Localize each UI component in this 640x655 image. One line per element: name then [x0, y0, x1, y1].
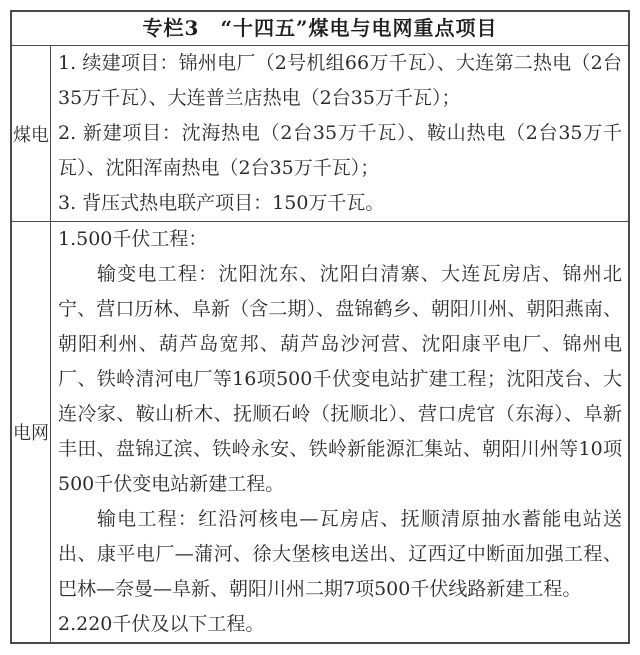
table-row-coal-power: 煤电 1. 续建项目：锦州电厂（2号机组66万千瓦）、大连第二热电（2台35万千…: [12, 46, 628, 221]
coal-power-cell: 1. 续建项目：锦州电厂（2号机组66万千瓦）、大连第二热电（2台35万千瓦）、…: [51, 46, 628, 221]
key-projects-table: 专栏3 “十四五”煤电与电网重点项目 煤电 1. 续建项目：锦州电厂（2号机组6…: [10, 10, 630, 644]
row-header-coal-power: 煤电: [12, 46, 51, 221]
paragraph-coal-3: 3. 背压式热电联产项目：150万千瓦。: [58, 186, 622, 221]
paragraph-grid-2: 输变电工程：沈阳沈东、沈阳白清寨、大连瓦房店、锦州北宁、营口历林、阜新（含二期）…: [58, 257, 622, 502]
paragraph-coal-1: 1. 续建项目：锦州电厂（2号机组66万千瓦）、大连第二热电（2台35万千瓦）、…: [58, 46, 622, 116]
document-page: 专栏3 “十四五”煤电与电网重点项目 煤电 1. 续建项目：锦州电厂（2号机组6…: [0, 0, 640, 655]
paragraph-grid-1: 1.500千伏工程：: [58, 222, 622, 257]
paragraph-grid-4: 2.220千伏及以下工程。: [58, 607, 622, 642]
table-row-power-grid: 电网 1.500千伏工程： 输变电工程：沈阳沈东、沈阳白清寨、大连瓦房店、锦州北…: [12, 221, 628, 642]
table-title: 专栏3 “十四五”煤电与电网重点项目: [12, 12, 628, 46]
paragraph-coal-2: 2. 新建项目：沈海热电（2台35万千瓦）、鞍山热电（2台35万千瓦）、沈阳浑南…: [58, 116, 622, 186]
power-grid-cell: 1.500千伏工程： 输变电工程：沈阳沈东、沈阳白清寨、大连瓦房店、锦州北宁、营…: [51, 222, 628, 642]
paragraph-grid-3: 输电工程：红沿河核电—瓦房店、抚顺清原抽水蓄能电站送出、康平电厂—蒲河、徐大堡核…: [58, 502, 622, 607]
row-header-power-grid: 电网: [12, 222, 51, 642]
